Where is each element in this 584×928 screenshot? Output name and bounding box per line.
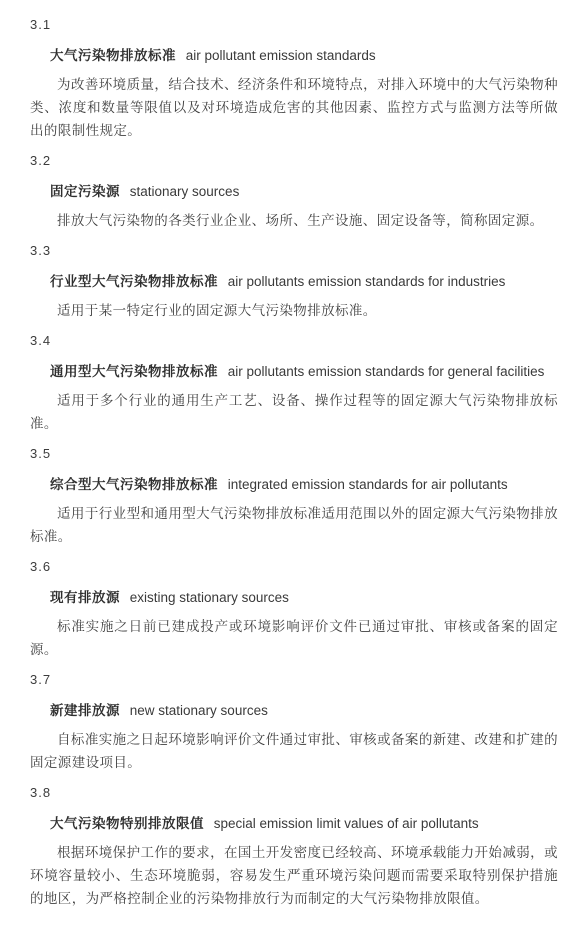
term-english: new stationary sources <box>130 703 268 718</box>
section-3-4: 3.4 通用型大气污染物排放标准 air pollutants emission… <box>30 333 558 435</box>
term-definition: 适用于多个行业的通用生产工艺、设备、操作过程等的固定源大气污染物排放标准。 <box>30 389 558 435</box>
section-number: 3.1 <box>30 17 558 32</box>
term-definition: 适用于某一特定行业的固定源大气污染物排放标准。 <box>30 299 558 322</box>
section-3-7: 3.7 新建排放源 new stationary sources 自标准实施之日… <box>30 672 558 774</box>
term-chinese: 通用型大气污染物排放标准 <box>50 364 218 379</box>
term-heading: 通用型大气污染物排放标准 air pollutants emission sta… <box>50 363 558 380</box>
term-english: air pollutant emission standards <box>186 48 376 63</box>
term-definition: 根据环境保护工作的要求，在国土开发密度已经较高、环境承载能力开始减弱，或环境容量… <box>30 841 558 910</box>
term-definition: 适用于行业型和通用型大气污染物排放标准适用范围以外的固定源大气污染物排放标准。 <box>30 502 558 548</box>
term-definition: 标准实施之日前已建成投产或环境影响评价文件已通过审批、审核或备案的固定源。 <box>30 615 558 661</box>
term-heading: 大气污染物特别排放限值 special emission limit value… <box>50 815 558 832</box>
section-3-8: 3.8 大气污染物特别排放限值 special emission limit v… <box>30 785 558 910</box>
term-heading: 固定污染源 stationary sources <box>50 183 558 200</box>
term-chinese: 固定污染源 <box>50 184 120 199</box>
term-definition: 为改善环境质量，结合技术、经济条件和环境特点，对排入环境中的大气污染物种类、浓度… <box>30 73 558 142</box>
term-chinese: 大气污染物排放标准 <box>50 48 176 63</box>
term-chinese: 综合型大气污染物排放标准 <box>50 477 218 492</box>
term-heading: 现有排放源 existing stationary sources <box>50 589 558 606</box>
term-chinese: 现有排放源 <box>50 590 120 605</box>
term-heading: 行业型大气污染物排放标准 air pollutants emission sta… <box>50 273 558 290</box>
section-3-2: 3.2 固定污染源 stationary sources 排放大气污染物的各类行… <box>30 153 558 232</box>
section-number: 3.4 <box>30 333 558 348</box>
term-definition: 排放大气污染物的各类行业企业、场所、生产设施、固定设备等，简称固定源。 <box>30 209 558 232</box>
term-definition: 自标准实施之日起环境影响评价文件通过审批、审核或备案的新建、改建和扩建的固定源建… <box>30 728 558 774</box>
section-number: 3.8 <box>30 785 558 800</box>
term-chinese: 新建排放源 <box>50 703 120 718</box>
term-english: special emission limit values of air pol… <box>214 816 479 831</box>
section-3-3: 3.3 行业型大气污染物排放标准 air pollutants emission… <box>30 243 558 322</box>
term-heading: 综合型大气污染物排放标准 integrated emission standar… <box>50 476 558 493</box>
term-chinese: 行业型大气污染物排放标准 <box>50 274 218 289</box>
term-english: integrated emission standards for air po… <box>228 477 508 492</box>
section-3-5: 3.5 综合型大气污染物排放标准 integrated emission sta… <box>30 446 558 548</box>
term-heading: 新建排放源 new stationary sources <box>50 702 558 719</box>
section-number: 3.2 <box>30 153 558 168</box>
section-number: 3.5 <box>30 446 558 461</box>
term-english: air pollutants emission standards for ge… <box>228 364 545 379</box>
section-3-1: 3.1 大气污染物排放标准 air pollutant emission sta… <box>30 17 558 142</box>
section-number: 3.6 <box>30 559 558 574</box>
section-number: 3.7 <box>30 672 558 687</box>
section-3-6: 3.6 现有排放源 existing stationary sources 标准… <box>30 559 558 661</box>
term-english: stationary sources <box>130 184 240 199</box>
term-heading: 大气污染物排放标准 air pollutant emission standar… <box>50 47 558 64</box>
section-number: 3.3 <box>30 243 558 258</box>
term-chinese: 大气污染物特别排放限值 <box>50 816 204 831</box>
term-english: existing stationary sources <box>130 590 289 605</box>
document-page: 3.1 大气污染物排放标准 air pollutant emission sta… <box>0 0 584 928</box>
term-english: air pollutants emission standards for in… <box>228 274 506 289</box>
